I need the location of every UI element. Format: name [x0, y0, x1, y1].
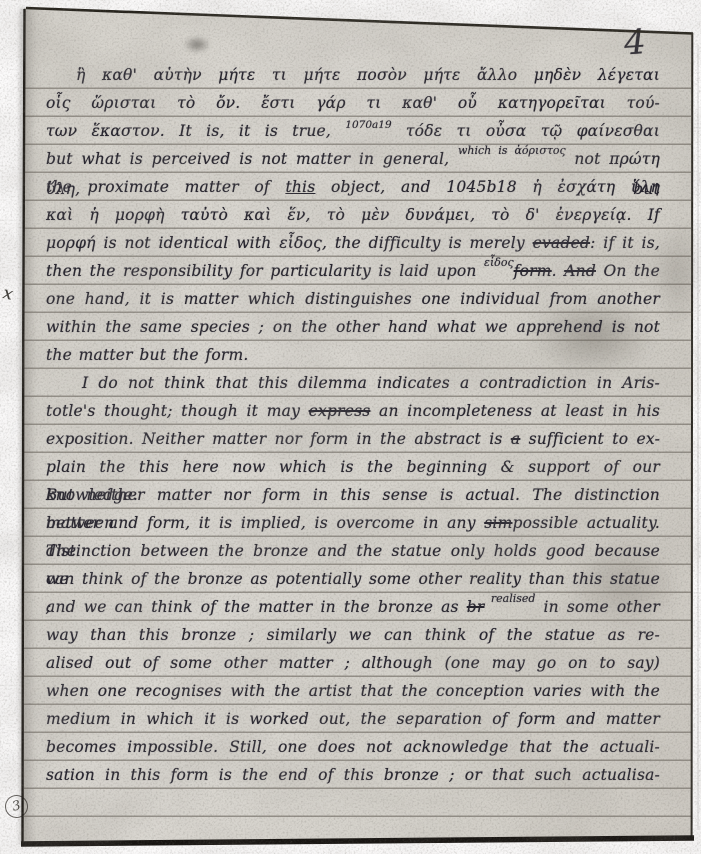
- handwritten-text: one hand, it is matter which distinguish…: [46, 290, 660, 308]
- manuscript-line: one hand, it is matter which distinguish…: [46, 285, 660, 313]
- handwritten-text: I do not think that this dilemma indicat…: [82, 374, 660, 392]
- manuscript-line: way than this bronze ; similarly we can …: [46, 621, 660, 649]
- handwritten-text: alised out of some other matter ; althou…: [46, 654, 660, 672]
- manuscript-line: μορφή is not identical with εἶδος, the d…: [46, 229, 660, 257]
- handwritten-strike: form: [514, 262, 552, 280]
- handwritten-strike: express: [309, 402, 371, 420]
- handwritten-text: exposition. Neither matter nor form in t…: [46, 430, 511, 448]
- manuscript-line: the matter but the form.: [46, 341, 660, 369]
- manuscript-line: καὶ ἡ μορφὴ ταὐτὸ καὶ ἕν, τὸ μὲν δυνάμει…: [46, 201, 660, 229]
- manuscript-line: plain the this here now which is the beg…: [46, 453, 660, 481]
- handwritten-above: realised: [484, 592, 535, 605]
- handwritten-text: when one recognises with the artist that…: [46, 682, 660, 700]
- manuscript-line: medium in which it is worked out, the se…: [46, 705, 660, 733]
- margin-x-mark: x: [1, 283, 15, 305]
- manuscript-line: and we can think of the matter in the br…: [46, 593, 660, 621]
- handwritten-sup: 1070a19: [345, 119, 391, 131]
- manuscript-line: becomes impossible. Still, one does not …: [46, 733, 660, 761]
- handwritten-text: the proximate matter of: [46, 178, 285, 196]
- manuscript-line: των ἕκαστον. It is, it is true, 1070a19 …: [46, 117, 660, 145]
- handwritten-text: sation in this form is the end of this b…: [46, 766, 660, 784]
- handwritten-strike: evaded: [533, 234, 590, 252]
- handwritten-text: καὶ ἡ μορφὴ ταὐτὸ καὶ ἕν, τὸ μὲν δυνάμει…: [46, 206, 660, 224]
- manuscript-line: the proximate matter of this object, and…: [46, 173, 660, 201]
- handwritten-text: οἷς ὥρισται τὸ ὄν. ἔστι γάρ τι καθ' οὗ κ…: [46, 94, 660, 112]
- handwritten-text: way than this bronze ; similarly we can …: [46, 626, 660, 644]
- manuscript-line: But neither matter nor form in this sens…: [46, 481, 660, 509]
- handwritten-text: then the responsibility for particularit…: [46, 262, 484, 280]
- handwritten-text: sufficient to ex-: [520, 430, 660, 448]
- manuscript-line: οἷς ὥρισται τὸ ὄν. ἔστι γάρ τι καθ' οὗ κ…: [46, 89, 660, 117]
- handwritten-text: the matter but the form.: [46, 346, 249, 364]
- handwritten-strike: br: [467, 598, 485, 616]
- handwritten-text: totle's thought; though it may: [46, 402, 309, 420]
- scanned-manuscript-page: ἣ καθ' αὑτὴν μήτε τι μήτε ποσὸν μήτε ἄλλ…: [0, 0, 701, 854]
- manuscript-line: totle's thought; though it may express a…: [46, 397, 660, 425]
- manuscript-line: matter and form, it is implied, is overc…: [46, 509, 660, 537]
- handwritten-text: but what is perceived is not matter in g…: [46, 150, 458, 168]
- handwritten-text: ἣ καθ' αὑτὴν μήτε τι μήτε ποσὸν μήτε ἄλλ…: [76, 66, 660, 84]
- handwritten-above: εἶδος: [484, 256, 514, 269]
- page-number: 4: [623, 21, 670, 64]
- handwritten-underline: this: [285, 178, 315, 196]
- handwritten-text: matter and form, it is implied, is overc…: [46, 514, 484, 532]
- handwritten-strike: And: [564, 262, 596, 280]
- handwritten-text: object, and 1045b18 ἡ ἐσχάτη ὕλη: [315, 178, 660, 196]
- handwritten-text: τόδε τι οὖσα τῷ φαίνεσθαι: [392, 122, 660, 140]
- manuscript-lines: ἣ καθ' αὑτὴν μήτε τι μήτε ποσὸν μήτε ἄλλ…: [46, 61, 660, 789]
- manuscript-line: alised out of some other matter ; althou…: [46, 649, 660, 677]
- handwritten-text: των ἕκαστον. It is, it is true,: [46, 122, 345, 140]
- manuscript-line: within the same species ; on the other h…: [46, 313, 660, 341]
- handwritten-text: and we can think of the matter in the br…: [46, 598, 467, 616]
- handwritten-text: an incompleteness at least in his: [370, 402, 660, 420]
- handwritten-text: .: [552, 262, 565, 280]
- handwritten-text: On the: [596, 262, 660, 280]
- manuscript-line: sation in this form is the end of this b…: [46, 761, 660, 789]
- handwritten-strike: sim: [484, 514, 512, 532]
- handwritten-text: : if it is,: [590, 234, 660, 252]
- handwritten-text: μορφή is not identical with εἶδος, the d…: [46, 234, 533, 252]
- handwritten-text: in some other: [535, 598, 660, 616]
- manuscript-line: but what is perceived is not matter in g…: [46, 145, 660, 173]
- handwritten-above: which is ἀόριστος: [458, 144, 566, 157]
- manuscript-line: exposition. Neither matter nor form in t…: [46, 425, 660, 453]
- handwritten-text: within the same species ; on the other h…: [46, 318, 660, 336]
- manuscript-line: when one recognises with the artist that…: [46, 677, 660, 705]
- handwritten-text: becomes impossible. Still, one does not …: [46, 738, 660, 756]
- manuscript-line: distinction between the bronze and the s…: [46, 537, 660, 565]
- handwritten-text: medium in which it is worked out, the se…: [46, 710, 660, 728]
- manuscript-line: then the responsibility for particularit…: [46, 257, 660, 285]
- handwritten-strike: a: [511, 430, 520, 448]
- manuscript-line: can think of the bronze as potentially s…: [46, 565, 660, 593]
- manuscript-line: ἣ καθ' αὑτὴν μήτε τι μήτε ποσὸν μήτε ἄλλ…: [46, 61, 660, 89]
- manuscript-line: I do not think that this dilemma indicat…: [46, 369, 660, 397]
